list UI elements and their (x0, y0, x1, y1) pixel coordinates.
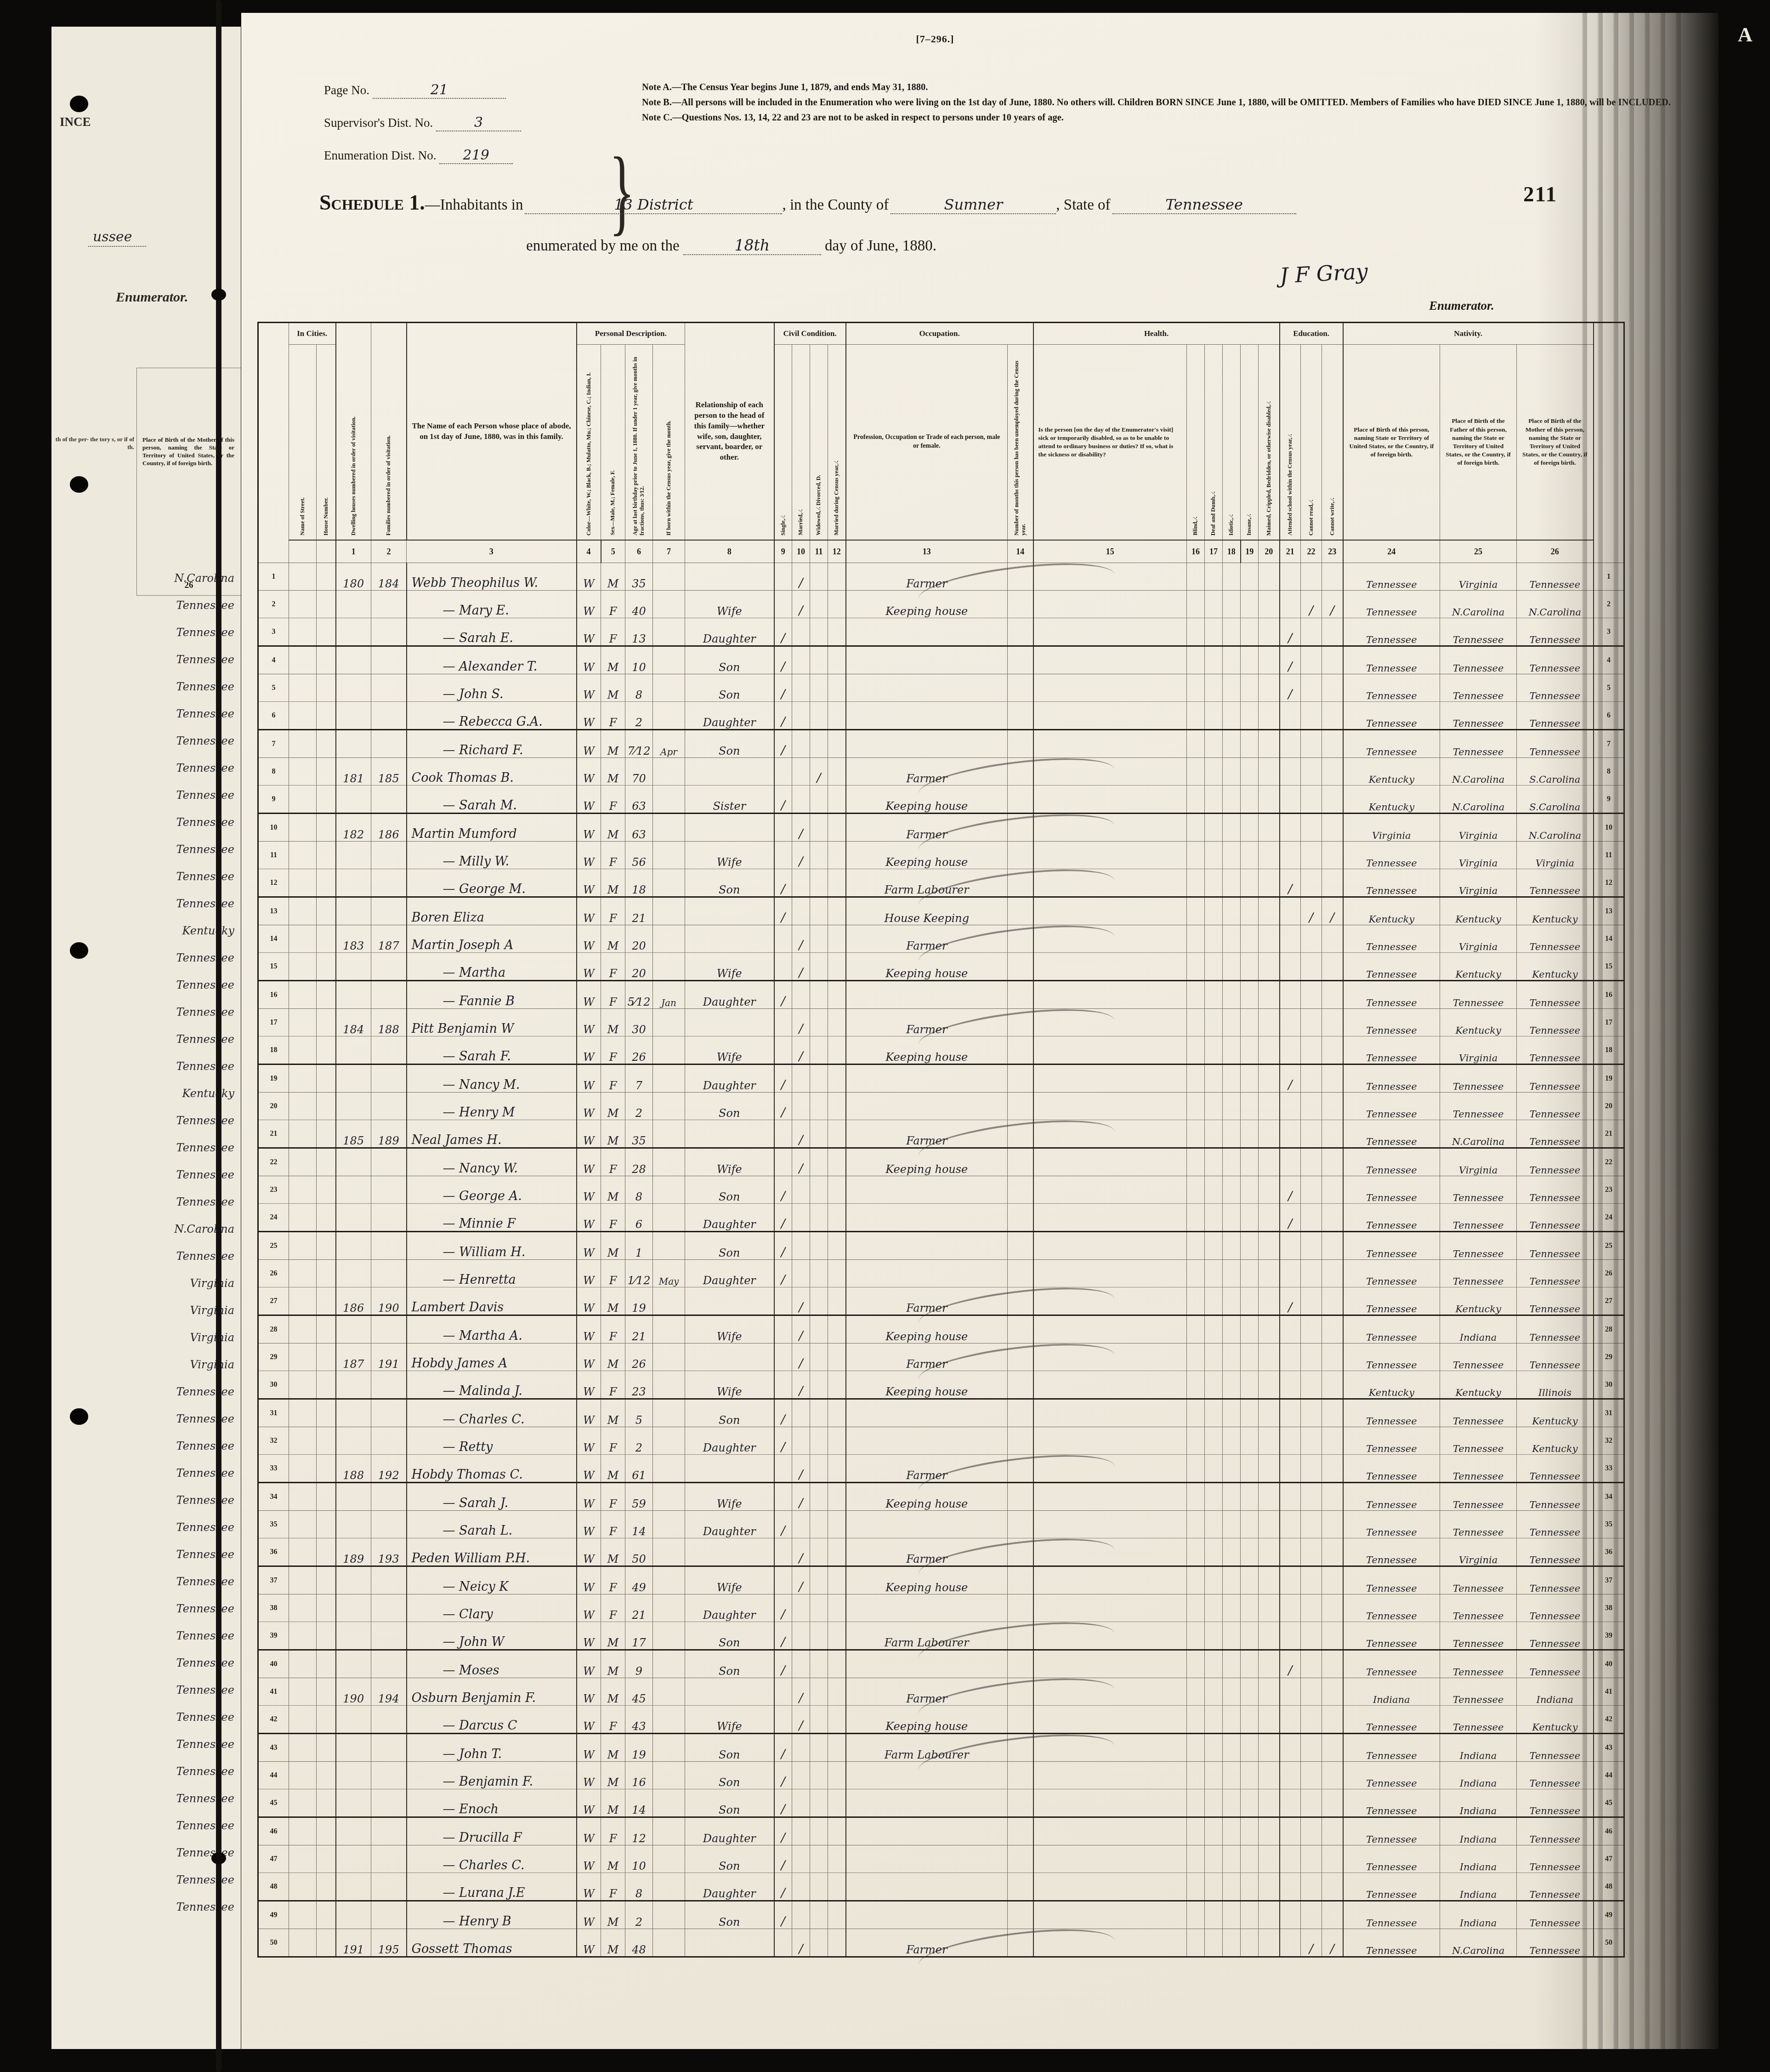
cell-e23: ∕ (1322, 591, 1343, 618)
cell-e20 (1259, 1566, 1280, 1594)
cell-cc10 (792, 981, 810, 1009)
cell-name: — Lurana J.E (407, 1873, 577, 1901)
cell-mo (653, 1873, 685, 1901)
cell-mo (653, 786, 685, 814)
cell-pm: S.Carolina (1517, 786, 1594, 814)
cell-street (289, 1873, 317, 1901)
cell-occ: Keeping house (846, 1483, 1008, 1511)
cell-fam (371, 953, 407, 981)
left-strip-value: Tennessee (69, 1656, 234, 1669)
cell-street (289, 1064, 317, 1093)
cell-e16 (1187, 1036, 1205, 1064)
census-row: 13 Boren Eliza W F 21 ∕ House Keeping ∕ … (258, 897, 1624, 925)
cell-pm: Tennessee (1517, 1455, 1594, 1483)
cell-pf: Tennessee (1440, 1260, 1517, 1287)
cell-e18 (1223, 953, 1241, 981)
cell-name: — Charles C. (407, 1845, 577, 1873)
cell-e23: ∕ (1322, 1929, 1343, 1957)
left-strip-value: Tennessee (69, 1873, 234, 1886)
cell-c15 (1033, 1371, 1187, 1399)
cell-cc11 (810, 814, 828, 842)
cell-e16 (1187, 786, 1205, 814)
cell-a: 10 (625, 1845, 653, 1873)
cell-e20 (1259, 786, 1280, 814)
cell-fam (371, 1594, 407, 1622)
cell-fam: 193 (371, 1538, 407, 1566)
col16-header: Blind, ∕. (1187, 345, 1205, 541)
cell-cc11 (810, 1789, 828, 1817)
cell-c15 (1033, 1093, 1187, 1120)
cell-rel: Son (685, 1845, 774, 1873)
cell-c14 (1008, 1483, 1033, 1511)
cell-name: — Enoch (407, 1789, 577, 1817)
cell-cc10 (792, 869, 810, 897)
cell-e17 (1205, 1566, 1223, 1594)
cell-c15 (1033, 1483, 1187, 1511)
cell-fam (371, 618, 407, 646)
cell-e23 (1322, 1036, 1343, 1064)
cell-c14 (1008, 1594, 1033, 1622)
column-number-12: 12 (828, 540, 846, 563)
cell-cc12 (828, 1064, 846, 1093)
supervisors-dist-line: Supervisor's Dist. No. 3 (324, 114, 581, 131)
cell-house (317, 1204, 336, 1232)
cell-cc12 (828, 730, 846, 758)
cell-cc12 (828, 842, 846, 869)
cell-cc11 (810, 1817, 828, 1845)
supervisors-dist-value: 3 (436, 114, 521, 131)
cell-e21 (1280, 925, 1301, 953)
cell-e22 (1301, 1511, 1322, 1538)
cell-c14 (1008, 702, 1033, 730)
left-strip-value: Tennessee (69, 1195, 234, 1208)
cell-pm: Tennessee (1517, 1343, 1594, 1371)
cell-cc10 (792, 1260, 810, 1287)
cell-a: 56 (625, 842, 653, 869)
cell-c15 (1033, 646, 1187, 674)
cell-cc9 (774, 814, 792, 842)
cell-pm: Tennessee (1517, 1594, 1594, 1622)
cell-cc10 (792, 1650, 810, 1678)
cell-c14 (1008, 1566, 1033, 1594)
cell-a: 48 (625, 1929, 653, 1957)
cell-cc10 (792, 646, 810, 674)
cell-cc11 (810, 1762, 828, 1789)
cell-p: Tennessee (1343, 563, 1440, 591)
cell-rel (685, 1929, 774, 1957)
cell-e18 (1223, 1120, 1241, 1148)
cell-cc11 (810, 1845, 828, 1873)
cell-name: — Henretta (407, 1260, 577, 1287)
cell-mo (653, 1315, 685, 1343)
cell-e21 (1280, 1427, 1301, 1455)
cell-p: Tennessee (1343, 1538, 1440, 1566)
cell-p: Tennessee (1343, 618, 1440, 646)
cell-house (317, 1594, 336, 1622)
cell-cc11 (810, 1315, 828, 1343)
cell-name: — John T. (407, 1734, 577, 1762)
census-row: 33 188 192 Hobdy Thomas C. W M 61 ∕ Farm… (258, 1455, 1624, 1483)
cell-c15 (1033, 1260, 1187, 1287)
cell-e21: ∕ (1280, 674, 1301, 702)
cell-house (317, 1845, 336, 1873)
cell-e19 (1241, 1260, 1259, 1287)
cell-rel: Son (685, 1901, 774, 1929)
cell-pf: Tennessee (1440, 1176, 1517, 1204)
cell-cc9: ∕ (774, 1232, 792, 1260)
cell-e21 (1280, 1343, 1301, 1371)
cell-mo (653, 1734, 685, 1762)
cell-e22 (1301, 786, 1322, 814)
cell-c14 (1008, 1009, 1033, 1036)
census-row: 24 — Minnie F W F 6 Daughter ∕ ∕ Tenness… (258, 1204, 1624, 1232)
cell-e18 (1223, 618, 1241, 646)
cell-a: 8 (625, 1176, 653, 1204)
cell-c: W (577, 1315, 601, 1343)
cell-pf: Tennessee (1440, 1343, 1517, 1371)
cell-e22 (1301, 1817, 1322, 1845)
cell-name: Neal James H. (407, 1120, 577, 1148)
cell-street (289, 842, 317, 869)
cell-s: F (601, 1064, 625, 1093)
cell-rn2: 43 (1594, 1734, 1624, 1762)
cell-e22 (1301, 1427, 1322, 1455)
cell-e16 (1187, 1204, 1205, 1232)
cell-house (317, 1120, 336, 1148)
cell-e21 (1280, 702, 1301, 730)
cell-rn: 47 (258, 1845, 289, 1873)
cell-cc11 (810, 674, 828, 702)
cell-e20 (1259, 1093, 1280, 1120)
cell-rel: Daughter (685, 702, 774, 730)
cell-a: 26 (625, 1036, 653, 1064)
cell-s: F (601, 897, 625, 925)
cell-e19 (1241, 814, 1259, 842)
cell-e20 (1259, 1343, 1280, 1371)
cell-rn2: 10 (1594, 814, 1624, 842)
cell-pf: Tennessee (1440, 618, 1517, 646)
cell-e23 (1322, 758, 1343, 786)
cell-e18 (1223, 1873, 1241, 1901)
cell-cc10 (792, 1845, 810, 1873)
row-number-header-left (258, 323, 289, 563)
cell-rel (685, 897, 774, 925)
cell-street (289, 1093, 317, 1120)
cell-dw (336, 1260, 371, 1287)
cell-street (289, 1929, 317, 1957)
cell-cc12 (828, 1036, 846, 1064)
cell-a: 50 (625, 1538, 653, 1566)
cell-house (317, 1873, 336, 1901)
column-number-9: 9 (774, 540, 792, 563)
census-row: 3 — Sarah E. W F 13 Daughter ∕ ∕ Tenness… (258, 618, 1624, 646)
cell-s: F (601, 1315, 625, 1343)
cell-e19 (1241, 563, 1259, 591)
cell-e16 (1187, 1260, 1205, 1287)
cell-e16 (1187, 1176, 1205, 1204)
cell-cc11 (810, 1148, 828, 1176)
cell-e17 (1205, 1538, 1223, 1566)
cell-rn: 18 (258, 1036, 289, 1064)
cell-street (289, 981, 317, 1009)
cell-cc10 (792, 1093, 810, 1120)
cell-rn2: 8 (1594, 758, 1624, 786)
cell-e21: ∕ (1280, 618, 1301, 646)
left-strip-value: N.Carolina (69, 572, 234, 585)
cell-c: W (577, 1036, 601, 1064)
cell-pf: Tennessee (1440, 981, 1517, 1009)
cell-c15 (1033, 1036, 1187, 1064)
cell-house (317, 1009, 336, 1036)
cell-pf: Kentucky (1440, 1371, 1517, 1399)
cell-house (317, 1901, 336, 1929)
cell-rn: 38 (258, 1594, 289, 1622)
cell-occ: Farmer (846, 1455, 1008, 1483)
cell-c14 (1008, 1538, 1033, 1566)
cell-c14 (1008, 1706, 1033, 1734)
cell-street (289, 1176, 317, 1204)
cell-c14 (1008, 618, 1033, 646)
cell-street (289, 1120, 317, 1148)
cell-c15 (1033, 981, 1187, 1009)
state-label: , State of (1056, 197, 1110, 213)
cell-pf: Virginia (1440, 563, 1517, 591)
cell-house (317, 1064, 336, 1093)
cell-mo (653, 1901, 685, 1929)
left-strip-value: Tennessee (69, 1711, 234, 1724)
cell-e21 (1280, 1734, 1301, 1762)
cell-rn2: 37 (1594, 1566, 1624, 1594)
cell-house (317, 1232, 336, 1260)
cell-rn2: 9 (1594, 786, 1624, 814)
cell-pf: Tennessee (1440, 1455, 1517, 1483)
cell-c15 (1033, 1901, 1187, 1929)
cell-a: 6 (625, 1204, 653, 1232)
cell-e16 (1187, 1622, 1205, 1650)
cell-cc9: ∕ (774, 869, 792, 897)
cell-e17 (1205, 1287, 1223, 1315)
cell-name: — Neicy K (407, 1566, 577, 1594)
cell-name: — Henry B (407, 1901, 577, 1929)
cell-rel: Wife (685, 842, 774, 869)
cell-c: W (577, 1455, 601, 1483)
cell-rel (685, 1678, 774, 1706)
cell-a: 7⁄12 (625, 730, 653, 758)
cell-dw (336, 1594, 371, 1622)
cell-name: — Clary (407, 1594, 577, 1622)
cell-e17 (1205, 897, 1223, 925)
cell-e18 (1223, 1594, 1241, 1622)
cell-p: Tennessee (1343, 1204, 1440, 1232)
cell-a: 7 (625, 1064, 653, 1093)
cell-p: Tennessee (1343, 1706, 1440, 1734)
cell-s: M (601, 674, 625, 702)
cell-cc10 (792, 618, 810, 646)
cell-cc11 (810, 1427, 828, 1455)
cell-dw (336, 1399, 371, 1427)
cell-e21 (1280, 1511, 1301, 1538)
census-row: 9 — Sarah M. W F 63 Sister ∕ Keeping hou… (258, 786, 1624, 814)
cell-rn: 33 (258, 1455, 289, 1483)
cell-e22 (1301, 1009, 1322, 1036)
cell-cc10 (792, 897, 810, 925)
cell-e20 (1259, 897, 1280, 925)
cell-cc11 (810, 1036, 828, 1064)
cell-e21 (1280, 1594, 1301, 1622)
cell-rn: 2 (258, 591, 289, 618)
cell-rn: 37 (258, 1566, 289, 1594)
cell-cc10: ∕ (792, 1455, 810, 1483)
cell-fam (371, 646, 407, 674)
note-c: Note C.—Questions Nos. 13, 14, 22 and 23… (642, 110, 1699, 125)
cell-cc11 (810, 1399, 828, 1427)
cell-cc9: ∕ (774, 1817, 792, 1845)
cell-dw (336, 1706, 371, 1734)
cell-c: W (577, 925, 601, 953)
cell-e23 (1322, 842, 1343, 869)
col22-header: Cannot read, ∕. (1301, 345, 1322, 541)
cell-rel: Wife (685, 1706, 774, 1734)
cell-e21 (1280, 981, 1301, 1009)
cell-rel: Daughter (685, 1260, 774, 1287)
cell-e23 (1322, 702, 1343, 730)
cell-e17 (1205, 1483, 1223, 1511)
cell-occ (846, 1817, 1008, 1845)
cell-cc10 (792, 1734, 810, 1762)
column-number-1: 1 (336, 540, 371, 563)
census-row: 45 — Enoch W M 14 Son ∕ Tennessee Indian… (258, 1789, 1624, 1817)
col10-header: Married, ∕. (792, 345, 810, 541)
cell-e19 (1241, 1566, 1259, 1594)
col19-header: Insane, ∕. (1241, 345, 1259, 541)
cell-name: — Sarah J. (407, 1483, 577, 1511)
cell-dw: 184 (336, 1009, 371, 1036)
cell-cc10: ∕ (792, 1483, 810, 1511)
group-occupation: Occupation. (846, 323, 1033, 345)
cell-rn: 23 (258, 1176, 289, 1204)
column-number-10: 10 (792, 540, 810, 563)
cell-e16 (1187, 730, 1205, 758)
cell-e19 (1241, 1399, 1259, 1427)
cell-fam (371, 1483, 407, 1511)
cell-s: F (601, 1148, 625, 1176)
cell-a: 14 (625, 1511, 653, 1538)
cell-e18 (1223, 1566, 1241, 1594)
cell-pf: N.Carolina (1440, 591, 1517, 618)
cell-a: 2 (625, 702, 653, 730)
cell-fam (371, 1232, 407, 1260)
cell-e17 (1205, 646, 1223, 674)
cell-cc12 (828, 1148, 846, 1176)
cell-e16 (1187, 897, 1205, 925)
cell-rel: Son (685, 1762, 774, 1789)
cell-e18 (1223, 1817, 1241, 1845)
cell-cc11 (810, 1483, 828, 1511)
cell-rn: 14 (258, 925, 289, 953)
cell-c15 (1033, 1706, 1187, 1734)
cell-s: F (601, 1427, 625, 1455)
cell-pm: Tennessee (1517, 1148, 1594, 1176)
cell-occ: Farmer (846, 1538, 1008, 1566)
left-strip-value: Tennessee (69, 1412, 234, 1425)
cell-e20 (1259, 1120, 1280, 1148)
cell-e19 (1241, 1176, 1259, 1204)
cell-fam (371, 1315, 407, 1343)
cell-fam (371, 730, 407, 758)
cell-e19 (1241, 618, 1259, 646)
cell-e23 (1322, 1734, 1343, 1762)
cell-p: Tennessee (1343, 842, 1440, 869)
cell-rn2: 21 (1594, 1120, 1624, 1148)
cell-occ (846, 1232, 1008, 1260)
cell-house (317, 1148, 336, 1176)
cell-pf: Indiana (1440, 1817, 1517, 1845)
cell-c: W (577, 1845, 601, 1873)
cell-dw (336, 618, 371, 646)
cell-a: 35 (625, 563, 653, 591)
left-strip-fragment: INCE (60, 115, 91, 129)
cell-street (289, 1622, 317, 1650)
cell-c15 (1033, 897, 1187, 925)
left-strip-value: Tennessee (69, 816, 234, 829)
cell-c: W (577, 702, 601, 730)
cell-s: F (601, 981, 625, 1009)
cell-c14 (1008, 591, 1033, 618)
cell-mo (653, 1232, 685, 1260)
cell-e18 (1223, 1009, 1241, 1036)
cell-e23 (1322, 1566, 1343, 1594)
cell-c: W (577, 1817, 601, 1845)
binder-hole (70, 942, 88, 959)
cell-s: M (601, 1399, 625, 1427)
cell-dw (336, 1622, 371, 1650)
left-strip-value: Tennessee (69, 897, 234, 910)
cell-occ: Farm Labourer (846, 869, 1008, 897)
cell-cc12 (828, 563, 846, 591)
left-strip-value: Tennessee (69, 1494, 234, 1507)
cell-e18 (1223, 786, 1241, 814)
cell-rn2: 18 (1594, 1036, 1624, 1064)
cell-cc9: ∕ (774, 1901, 792, 1929)
cell-p: Tennessee (1343, 702, 1440, 730)
cell-name: Martin Joseph A (407, 925, 577, 953)
cell-e17 (1205, 758, 1223, 786)
cell-e17 (1205, 1762, 1223, 1789)
cell-cc12 (828, 1901, 846, 1929)
cell-e20 (1259, 618, 1280, 646)
cell-s: F (601, 1566, 625, 1594)
cell-dw (336, 1873, 371, 1901)
cell-dw (336, 646, 371, 674)
cell-s: M (601, 1232, 625, 1260)
cell-mo (653, 1650, 685, 1678)
cell-e17 (1205, 786, 1223, 814)
cell-rn2: 1 (1594, 563, 1624, 591)
cell-c14 (1008, 1650, 1033, 1678)
cell-e22: ∕ (1301, 1929, 1322, 1957)
cell-e18 (1223, 1678, 1241, 1706)
cell-e23 (1322, 1845, 1343, 1873)
cell-dw: 182 (336, 814, 371, 842)
cell-s: F (601, 1204, 625, 1232)
cell-dw: 183 (336, 925, 371, 953)
cell-e20 (1259, 1789, 1280, 1817)
cell-s: F (601, 1511, 625, 1538)
cell-cc12 (828, 674, 846, 702)
cell-cc10 (792, 1762, 810, 1789)
cell-occ: Keeping house (846, 1706, 1008, 1734)
cell-e18 (1223, 897, 1241, 925)
